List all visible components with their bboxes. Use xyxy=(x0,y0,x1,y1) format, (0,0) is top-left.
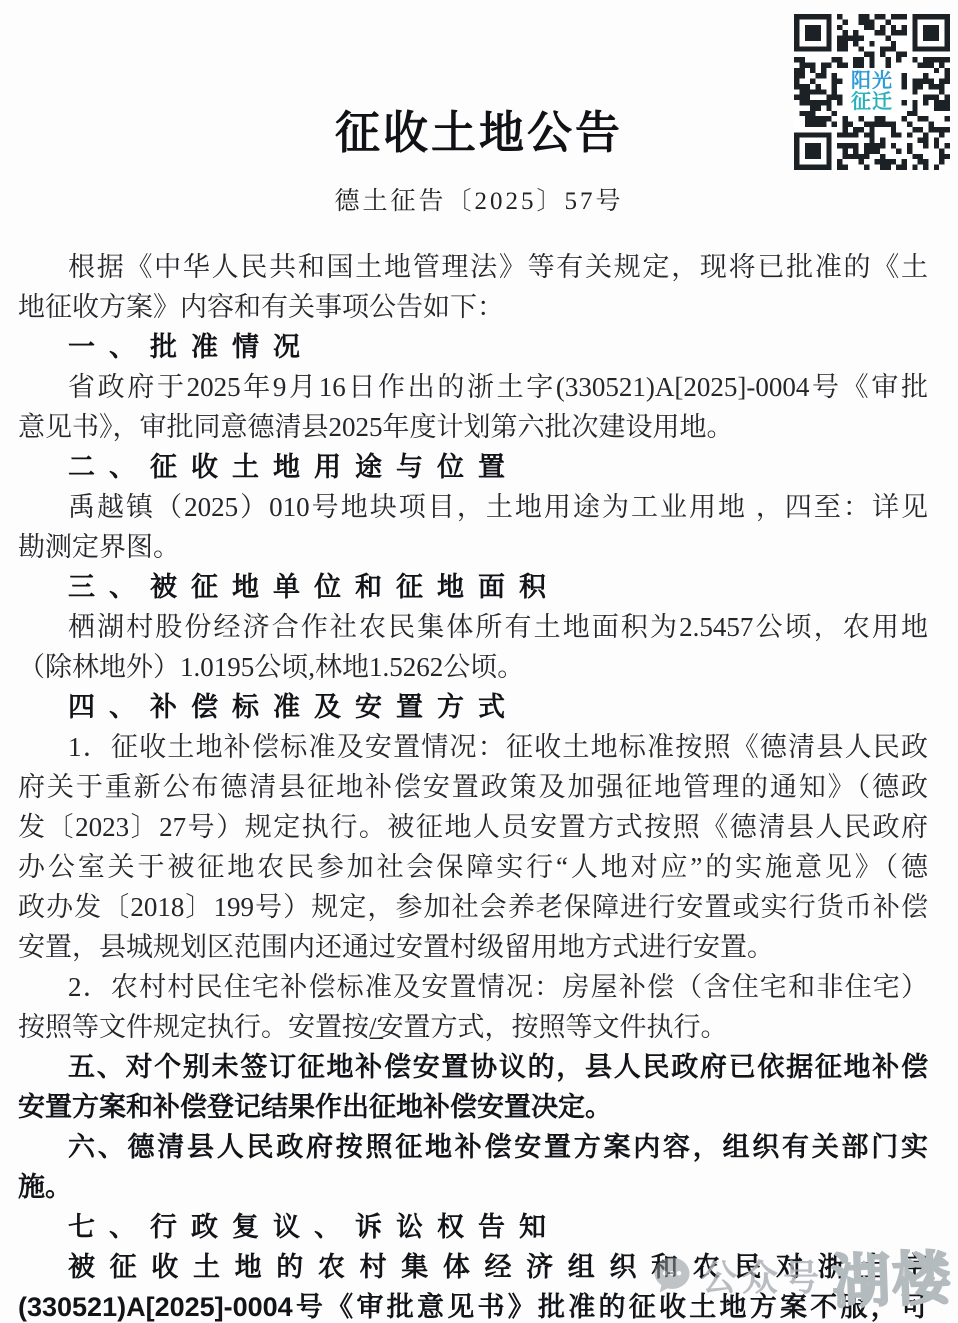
text-line: 府关于重新公布德清县征地补偿安置政策及加强征地管理的通知》（德政 xyxy=(18,767,928,807)
document-body: 根据《中华人民共和国土地管理法》等有关规定，现将已批准的《土地征收方案》内容和有… xyxy=(0,247,958,1323)
document-number: 德土征告〔2025〕57号 xyxy=(0,181,958,217)
text-line: 根据《中华人民共和国土地管理法》等有关规定，现将已批准的《土 xyxy=(18,247,928,287)
text-line: 安置，县城规划区范围内还通过安置村级留用地方式进行安置。 xyxy=(18,927,928,967)
text-line: 被征收土地的农村集体经济组织和农民对浙土字 xyxy=(18,1247,928,1287)
text-line: 六、德清县人民政府按照征地补偿安置方案内容，组织有关部门实 xyxy=(18,1127,928,1167)
text-line: 安置方案和补偿登记结果作出征地补偿安置决定。 xyxy=(18,1087,928,1127)
text-line: 地征收方案》内容和有关事项公告如下： xyxy=(18,287,928,327)
text-line: (330521)A[2025]-0004号《审批意见书》批准的征收土地方案不服，… xyxy=(18,1287,928,1323)
text-line: 二、征收土地用途与位置 xyxy=(18,447,928,487)
text-line: 栖湖村股份经济合作社农民集体所有土地面积为2.5457公顷，农用地 xyxy=(18,607,928,647)
text-line: 施。 xyxy=(18,1167,928,1207)
text-line: 五、对个别未签订征地补偿安置协议的，县人民政府已依据征地补偿 xyxy=(18,1047,928,1087)
text-line: 三、被征地单位和征地面积 xyxy=(18,567,928,607)
qr-code-label: 阳光 征迁 xyxy=(847,69,897,115)
text-line: 一、批准情况 xyxy=(18,327,928,367)
text-line: 省政府于2025年9月16日作出的浙土字(330521)A[2025]-0004… xyxy=(18,367,928,407)
text-line: 发〔2023〕27号）规定执行。被征地人员安置方式按照《德清县人民政府 xyxy=(18,807,928,847)
page-container: 阳光 征迁 征收土地公告 德土征告〔2025〕57号 根据《中华人民共和国土地管… xyxy=(0,0,958,1323)
qr-label-line2: 征迁 xyxy=(851,92,893,113)
text-line: 办公室关于被征地农民参加社会保障实行“人地对应”的实施意见》（德 xyxy=(18,847,928,887)
text-line: 2．农村村民住宅补偿标准及安置情况：房屋补偿（含住宅和非住宅） xyxy=(18,967,928,1007)
text-line: 四、补偿标准及安置方式 xyxy=(18,687,928,727)
qr-label-line1: 阳光 xyxy=(851,71,893,92)
text-line: 1．征收土地补偿标准及安置情况：征收土地标准按照《德清县人民政 xyxy=(18,727,928,767)
text-line: 七、行政复议、诉讼权告知 xyxy=(18,1207,928,1247)
text-line: 政办发〔2018〕199号）规定，参加社会养老保障进行安置或实行货币补偿 xyxy=(18,887,928,927)
text-line: 按照等文件规定执行。安置按/̲安置方式，按照等文件执行。 xyxy=(18,1007,928,1047)
text-line: 勘测定界图。 xyxy=(18,527,928,567)
text-line: （除林地外）1.0195公顷,林地1.5262公顷。 xyxy=(18,647,928,687)
qr-code: 阳光 征迁 xyxy=(794,14,950,170)
text-line: 意见书》，审批同意德清县2025年度计划第六批次建设用地。 xyxy=(18,407,928,447)
text-line: 禹越镇（2025）010号地块项目，土地用途为工业用地 ，四至：详见 xyxy=(18,487,928,527)
